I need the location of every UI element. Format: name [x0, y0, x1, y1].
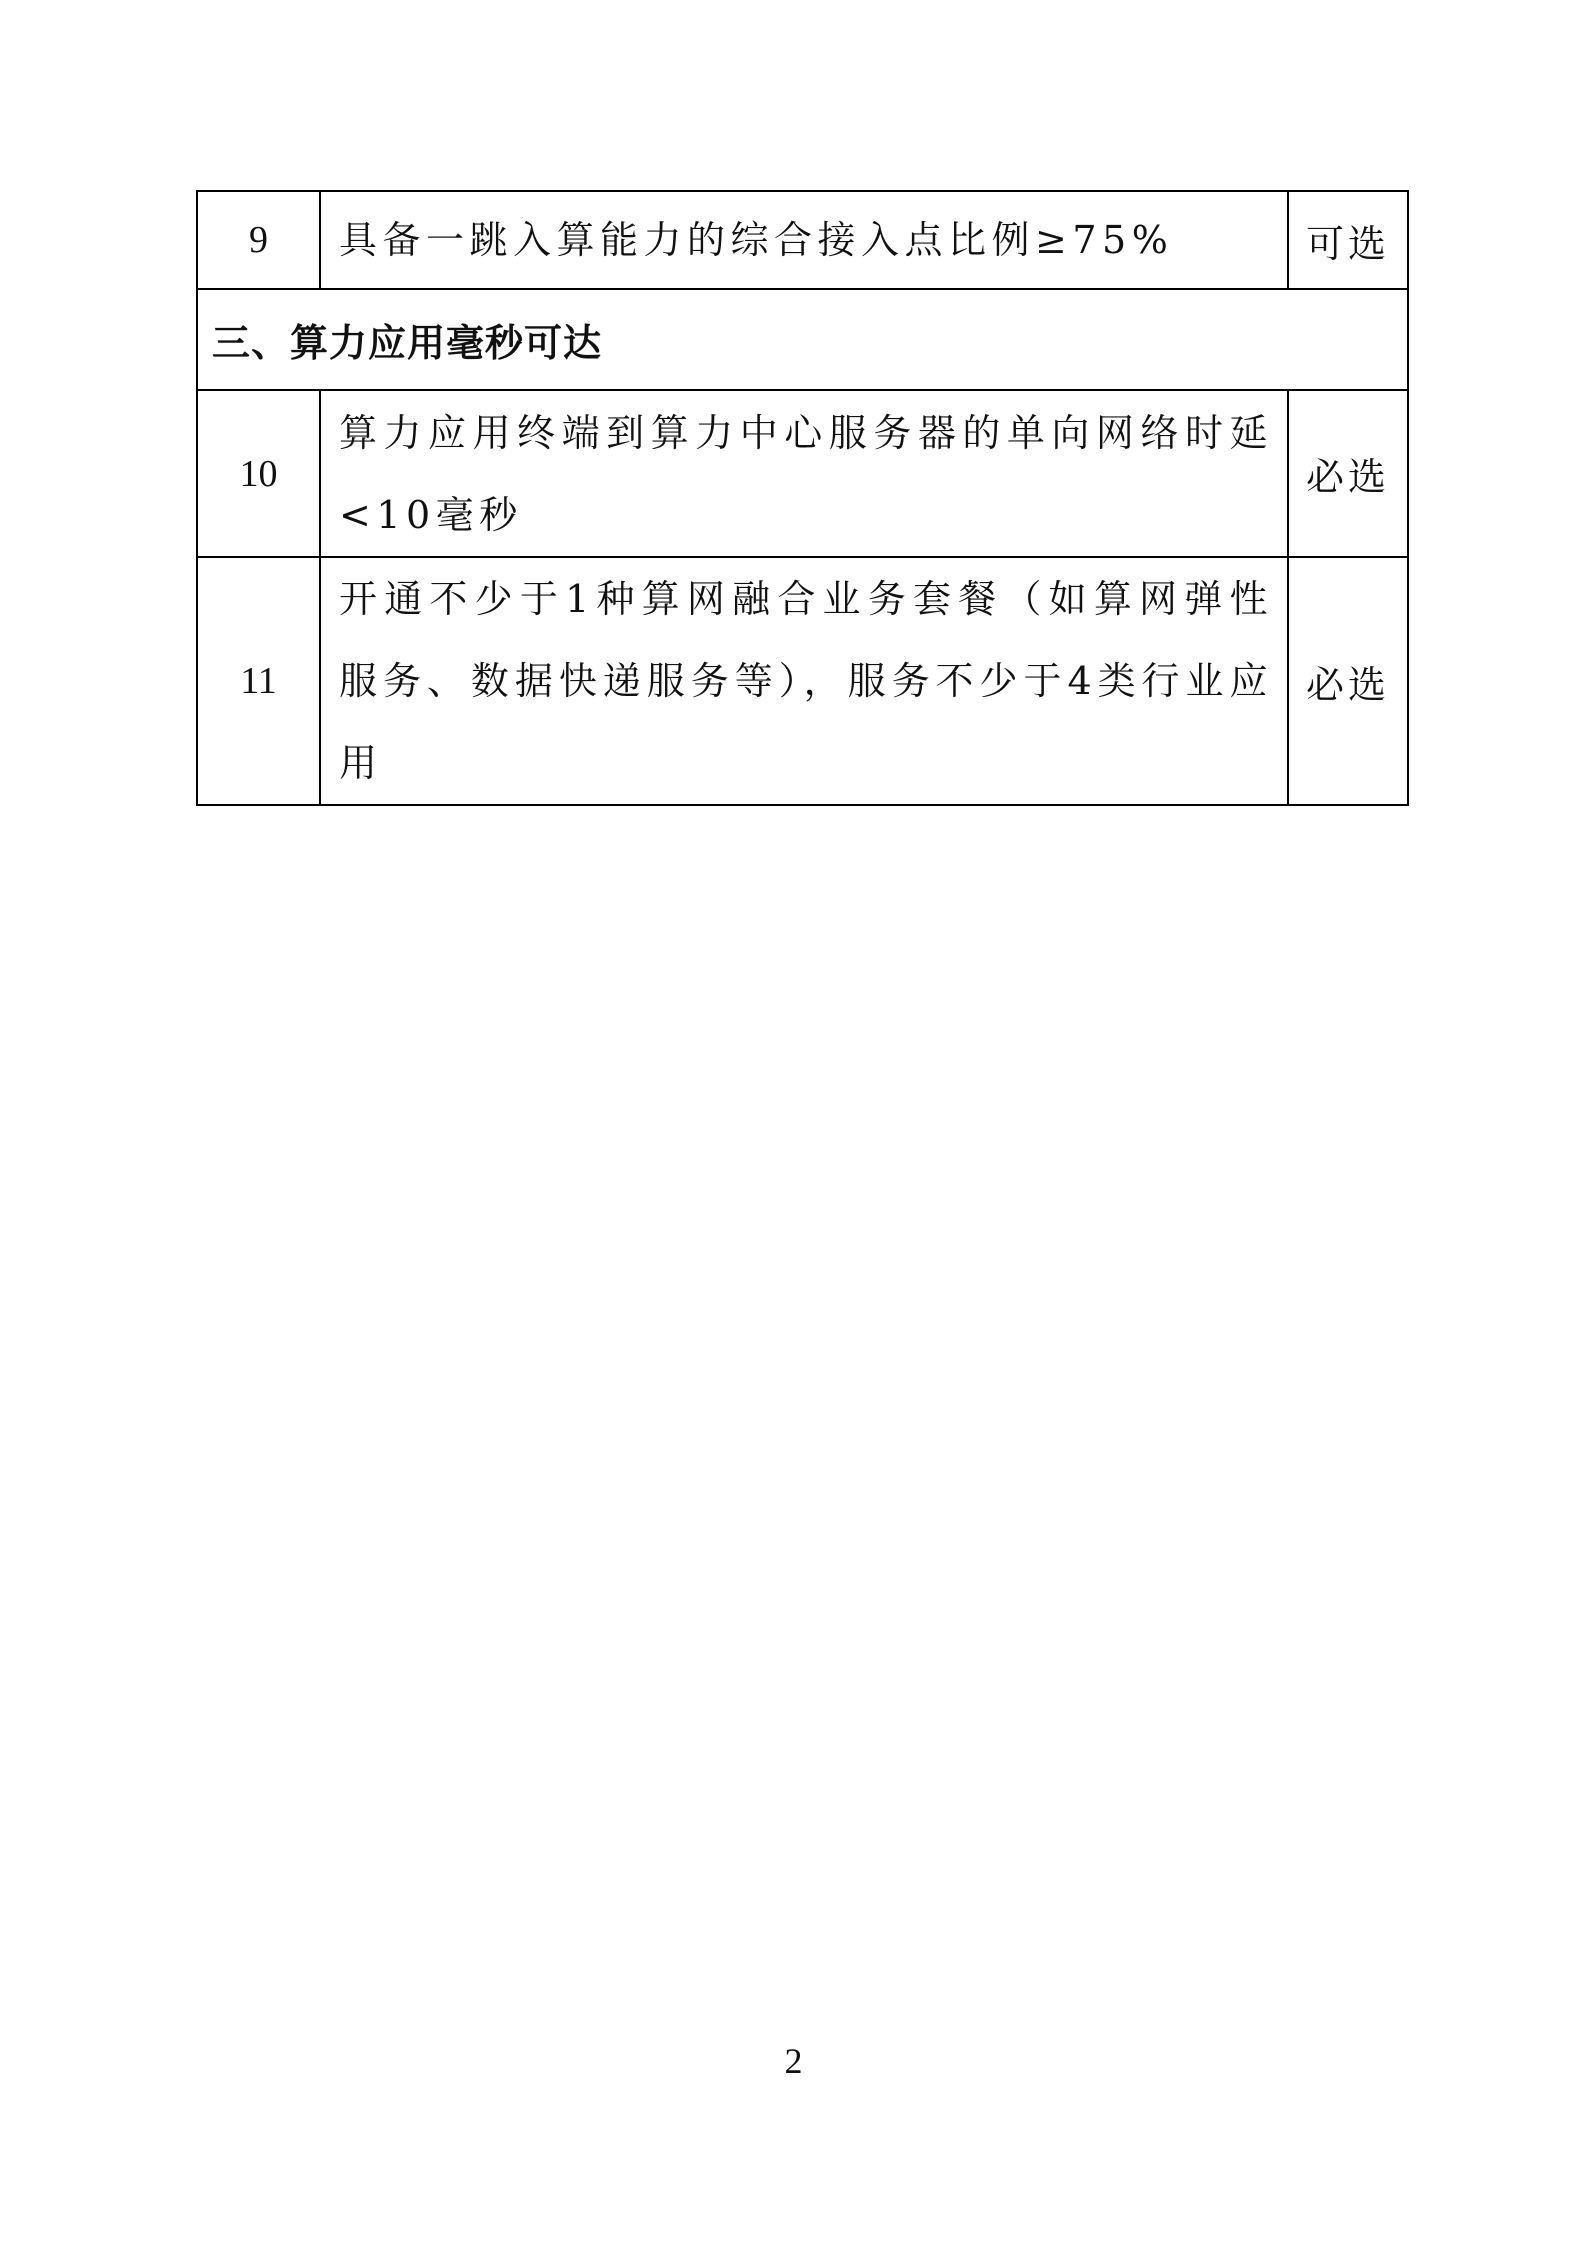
- item-number: 11: [197, 557, 320, 805]
- requirements-table: 9 具备一跳入算能力的综合接入点比例≥75% 可选 三、算力应用毫秒可达 10 …: [196, 190, 1409, 806]
- section-heading: 三、算力应用毫秒可达: [197, 289, 1408, 390]
- item-description: 开通不少于1种算网融合业务套餐（如算网弹性服务、数据快递服务等），服务不少于4类…: [320, 557, 1288, 805]
- item-description: 具备一跳入算能力的综合接入点比例≥75%: [320, 191, 1288, 289]
- page-number: 2: [0, 2040, 1587, 2082]
- item-description: 算力应用终端到算力中心服务器的单向网络时延<10毫秒: [320, 390, 1288, 557]
- item-number: 9: [197, 191, 320, 289]
- table-row-10: 10 算力应用终端到算力中心服务器的单向网络时延<10毫秒 必选: [197, 390, 1408, 557]
- requirement-type: 必选: [1288, 557, 1408, 805]
- requirement-type: 必选: [1288, 390, 1408, 557]
- requirement-type: 可选: [1288, 191, 1408, 289]
- item-number: 10: [197, 390, 320, 557]
- table-row-11: 11 开通不少于1种算网融合业务套餐（如算网弹性服务、数据快递服务等），服务不少…: [197, 557, 1408, 805]
- table-row-9: 9 具备一跳入算能力的综合接入点比例≥75% 可选: [197, 191, 1408, 289]
- section-row: 三、算力应用毫秒可达: [197, 289, 1408, 390]
